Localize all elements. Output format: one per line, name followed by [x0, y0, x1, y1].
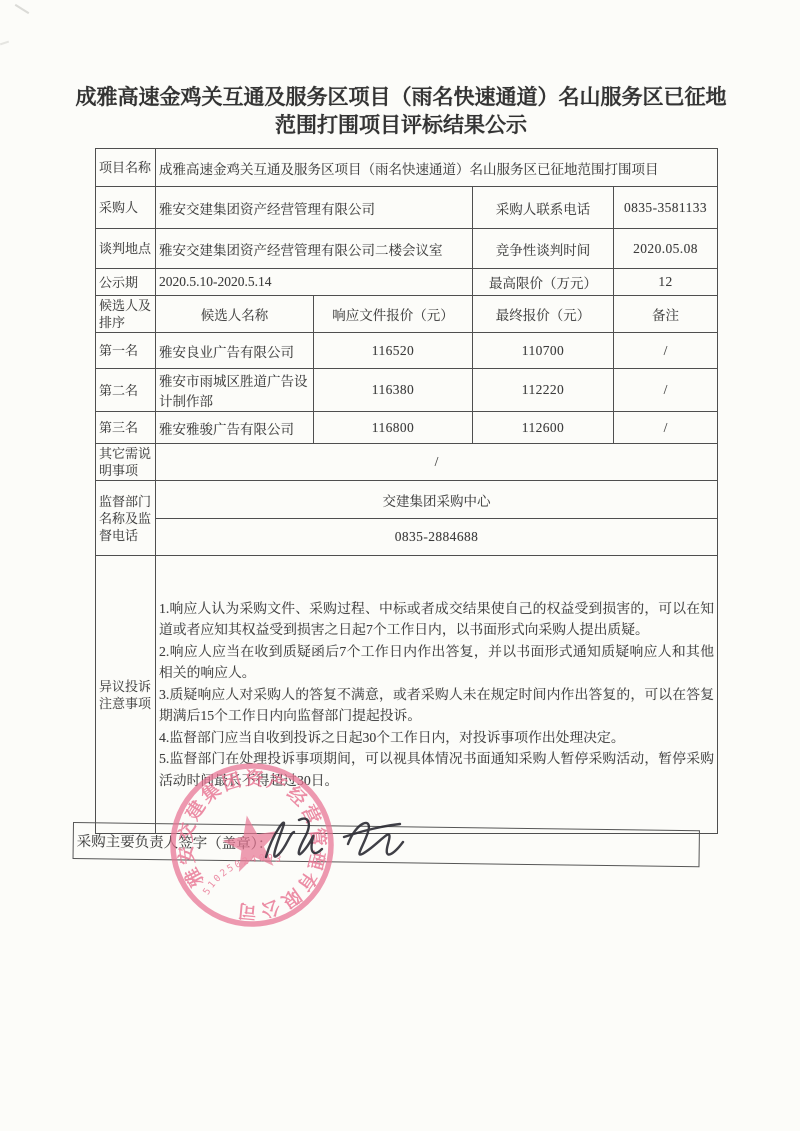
other-notes-value: /: [156, 444, 718, 481]
candidate-2-note: /: [614, 369, 718, 412]
scan-artifact: [0, 41, 9, 46]
candidate-3-doc-price: 116800: [314, 412, 473, 444]
candidate-2-doc-price: 116380: [314, 369, 473, 412]
scan-artifact: [15, 4, 30, 14]
rank-3-label: 第三名: [96, 412, 156, 444]
table-row-purchaser: 采购人 雅安交建集团资产经营管理有限公司 采购人联系电话 0835-358113…: [96, 187, 718, 229]
complaint-item-1: 1.响应人认为采购文件、采购过程、中标或者成交结果使自己的权益受到损害的，可以在…: [159, 598, 714, 641]
negotiation-time-label: 竞争性谈判时间: [473, 229, 614, 269]
candidate-2-final-price: 112220: [473, 369, 614, 412]
price-limit-label: 最高限价（万元）: [473, 269, 614, 296]
project-name-value: 成雅高速金鸡关互通及服务区项目（雨名快速通道）名山服务区已征地范围打围项目: [156, 149, 718, 187]
candidate-1-doc-price: 116520: [314, 333, 473, 369]
table-row-publicity: 公示期 2020.5.10-2020.5.14 最高限价（万元） 12: [96, 269, 718, 296]
signature-handwriting: [252, 802, 422, 887]
price-limit-value: 12: [614, 269, 718, 296]
table-row-other: 其它需说明事项 /: [96, 444, 718, 481]
venue-value: 雅安交建集团资产经营管理有限公司二楼会议室: [156, 229, 473, 269]
table-row-venue: 谈判地点 雅安交建集团资产经营管理有限公司二楼会议室 竞争性谈判时间 2020.…: [96, 229, 718, 269]
header-note: 备注: [614, 296, 718, 333]
candidate-1-note: /: [614, 333, 718, 369]
other-notes-label: 其它需说明事项: [96, 444, 156, 481]
title-line-2: 范围打围项目评标结果公示: [70, 112, 732, 140]
candidate-2-name: 雅安市雨城区胜道广告设计制作部: [156, 369, 314, 412]
bid-result-table: 项目名称 成雅高速金鸡关互通及服务区项目（雨名快速通道）名山服务区已征地范围打围…: [95, 148, 718, 834]
title-line-1: 成雅高速金鸡关互通及服务区项目（雨名快速通道）名山服务区已征地: [70, 84, 732, 112]
purchaser-phone-value: 0835-3581133: [614, 187, 718, 229]
candidate-row-2: 第二名 雅安市雨城区胜道广告设计制作部 116380 112220 /: [96, 369, 718, 412]
scanned-document-page: 成雅高速金鸡关互通及服务区项目（雨名快速通道）名山服务区已征地 范围打围项目评标…: [0, 0, 800, 1131]
document-title: 成雅高速金鸡关互通及服务区项目（雨名快速通道）名山服务区已征地 范围打围项目评标…: [70, 84, 732, 140]
publicity-period-label: 公示期: [96, 269, 156, 296]
candidates-label: 候选人及排序: [96, 296, 156, 333]
project-name-label: 项目名称: [96, 149, 156, 187]
candidate-row-1: 第一名 雅安良业广告有限公司 116520 110700 /: [96, 333, 718, 369]
negotiation-time-value: 2020.05.08: [614, 229, 718, 269]
complaint-label: 异议投诉注意事项: [96, 556, 156, 834]
rank-2-label: 第二名: [96, 369, 156, 412]
purchaser-phone-label: 采购人联系电话: [473, 187, 614, 229]
table-row-candidate-header: 候选人及排序 候选人名称 响应文件报价（元） 最终报价（元） 备注: [96, 296, 718, 333]
rank-1-label: 第一名: [96, 333, 156, 369]
header-doc-price: 响应文件报价（元）: [314, 296, 473, 333]
candidate-3-name: 雅安雅骏广告有限公司: [156, 412, 314, 444]
table-row-supervisor-phone: 0835-2884688: [96, 519, 718, 556]
candidate-row-3: 第三名 雅安雅骏广告有限公司 116800 112600 /: [96, 412, 718, 444]
candidate-3-final-price: 112600: [473, 412, 614, 444]
candidate-3-note: /: [614, 412, 718, 444]
header-final-price: 最终报价（元）: [473, 296, 614, 333]
complaint-item-2: 2.响应人应当在收到质疑函后7个工作日内作出答复，并以书面形式通知质疑响应人和其…: [159, 641, 714, 684]
complaint-item-4: 4.监督部门应当自收到投诉之日起30个工作日内，对投诉事项作出处理决定。: [159, 727, 714, 749]
purchaser-value: 雅安交建集团资产经营管理有限公司: [156, 187, 473, 229]
purchaser-label: 采购人: [96, 187, 156, 229]
supervisor-label: 监督部门名称及监督电话: [96, 481, 156, 556]
supervisor-phone: 0835-2884688: [156, 519, 718, 556]
venue-label: 谈判地点: [96, 229, 156, 269]
supervisor-name: 交建集团采购中心: [156, 481, 718, 519]
table-row-project: 项目名称 成雅高速金鸡关互通及服务区项目（雨名快速通道）名山服务区已征地范围打围…: [96, 149, 718, 187]
publicity-period-value: 2020.5.10-2020.5.14: [156, 269, 473, 296]
header-candidate-name: 候选人名称: [156, 296, 314, 333]
complaint-item-3: 3.质疑响应人对采购人的答复不满意，或者采购人未在规定时间内作出答复的，可以在答…: [159, 684, 714, 727]
table-row-supervisor-name: 监督部门名称及监督电话 交建集团采购中心: [96, 481, 718, 519]
candidate-1-name: 雅安良业广告有限公司: [156, 333, 314, 369]
candidate-1-final-price: 110700: [473, 333, 614, 369]
